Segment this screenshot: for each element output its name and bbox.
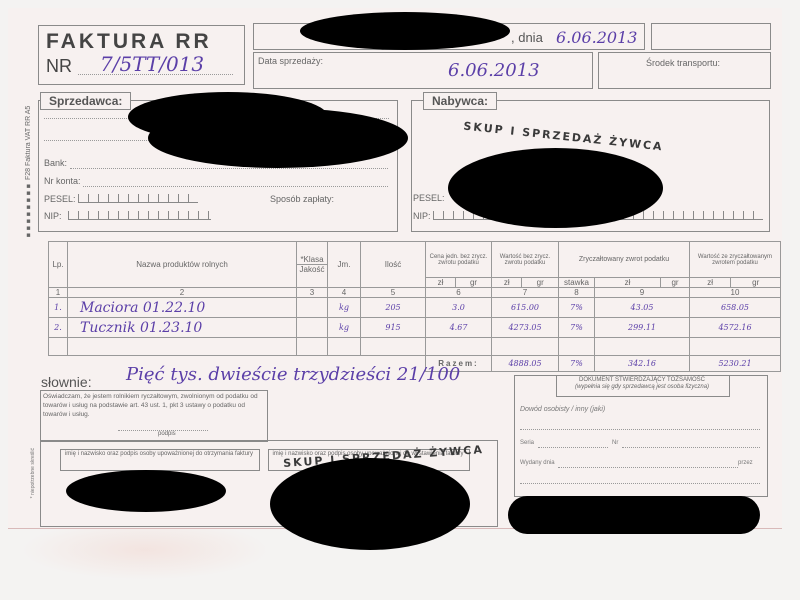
amount-in-words[interactable]: Pięć tys. dwieście trzydzieści 21/100 bbox=[126, 364, 460, 385]
buyer-legend: Nabywca: bbox=[423, 92, 497, 110]
issue-date[interactable]: 6.06.2013 bbox=[556, 28, 637, 47]
column-numbers: 1 2 3 4 5 6 7 8 9 10 bbox=[49, 288, 781, 298]
redacted-identity-signature bbox=[508, 496, 760, 534]
sale-date[interactable]: 6.06.2013 bbox=[448, 60, 540, 81]
paper-stain bbox=[20, 520, 270, 580]
redacted-issuer-signature bbox=[270, 458, 470, 550]
receiver-signature-label: imię i nazwisko oraz podpis osoby upoważ… bbox=[64, 451, 254, 457]
redacted-buyer-data bbox=[448, 148, 663, 228]
items-table: Lp. Nazwa produktów rolnych *KlasaJakość… bbox=[48, 241, 781, 372]
nr-label: NR bbox=[46, 56, 72, 77]
identity-title: DOKUMENT STWIERDZAJĄCY TOŻSAMOŚĆ(wypełni… bbox=[558, 377, 726, 391]
redacted-place bbox=[300, 12, 510, 50]
table-row[interactable]: 1. Maciora 01.22.10 kg 205 3.0 615.00 7%… bbox=[49, 298, 781, 318]
words-label: słownie: bbox=[41, 374, 92, 390]
redacted-receiver-signature bbox=[66, 470, 226, 512]
seller-pesel-field[interactable] bbox=[78, 194, 198, 203]
seller-nip-field[interactable] bbox=[68, 211, 211, 220]
redacted-seller-address bbox=[148, 108, 408, 168]
page-title: FAKTURA RR bbox=[46, 30, 212, 54]
form-code: ■■■■■■■■ F28 Faktura VAT RR A5 bbox=[25, 38, 39, 238]
invoice-number[interactable]: 7/5TT/013 bbox=[100, 52, 204, 76]
seller-legend: Sprzedawca: bbox=[40, 92, 131, 110]
footnote: * niepotrzebne skreślić bbox=[30, 448, 36, 498]
invoice-form: ■■■■■■■■ F28 Faktura VAT RR A5 * niepotr… bbox=[8, 8, 782, 529]
table-row[interactable]: 2. Tucznik 01.23.10 kg 915 4.67 4273.05 … bbox=[49, 318, 781, 338]
